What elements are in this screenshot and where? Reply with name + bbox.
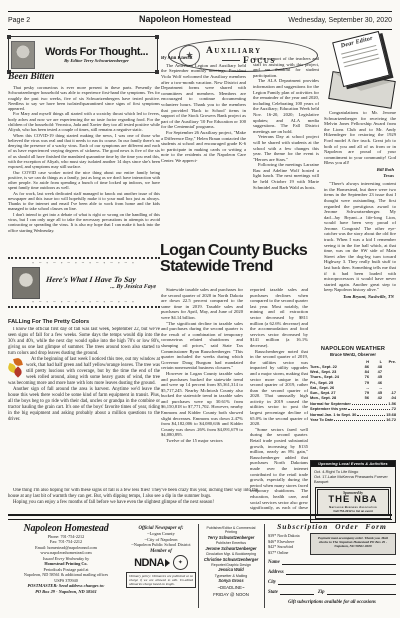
article-paragraph: Our COVID case worker noted the nice thi… (8, 170, 160, 191)
jessica-photo (12, 267, 40, 299)
sponsor-name: THE NBA (318, 495, 388, 505)
official-newspaper-block: Official Newspaper of: ~Logan County ~Ci… (126, 526, 196, 588)
article-paragraph: Hoping you can enjoy a few months of fal… (8, 500, 258, 506)
write-in-line (278, 584, 396, 585)
gift-note: Gift subscriptions available for all occ… (268, 600, 396, 605)
article-paragraph: "Some sectors fared well during the seco… (250, 427, 308, 511)
event-item: Oct. 17-Lake McKenna Pheasants Forever B… (314, 474, 392, 484)
state-zip-field: State Zip (268, 590, 396, 595)
article-paragraph: At the beginning of last week I noticed … (8, 357, 160, 387)
header-bottom-rule (8, 29, 392, 30)
staff-role: Circulation Mgr. & Bookkeeping (201, 552, 261, 556)
article-paragraph: Another sign of fall around the area is … (8, 387, 160, 423)
article-paragraph: When this COVID-19 thing started making … (8, 133, 160, 170)
falling-article: I know the official first day of fall wa… (8, 327, 160, 487)
article-paragraph: Statewide taxable sales and purchases fo… (161, 287, 243, 321)
article-paragraph: As for work, last week dedicated staff m… (8, 191, 160, 212)
logan-county-headline: Logan County Bucks Statewide Trend (160, 243, 322, 276)
article-paragraph: That pesky coronavirus is ever more pres… (8, 85, 160, 111)
been-bitten-article: That pesky coronavirus is ever more pres… (8, 85, 160, 255)
autumn-leaves-icon (8, 358, 24, 378)
article-paragraph: I don't intend to get into a debate of w… (8, 212, 160, 233)
deadline-value: FRIDAY @ NOON (201, 592, 261, 598)
letter-signature: Bill Roth Texas (324, 167, 394, 178)
column-byline: ... By Jessica Faye (46, 284, 157, 290)
article-paragraph: Rauschenberger noted that in the second … (250, 349, 308, 427)
write-in-line (280, 594, 314, 595)
staff-name: Jerome Schwartzenberger (201, 546, 261, 551)
vertical-divider (198, 524, 199, 608)
obituary-policy: Obituary policy: Obituaries are publishe… (126, 572, 196, 588)
payment-note: Payment must accompany order. Thank you.… (310, 533, 396, 555)
article-paragraph: ate the support of the teachers and staf… (253, 56, 319, 78)
auxiliary-label: Auxiliary (206, 46, 307, 56)
member-of-label: Member of (126, 549, 196, 554)
ndna-logo: NDNA (134, 557, 164, 569)
letter-text: "There's always interesting content in t… (324, 181, 396, 293)
article-paragraph: reported taxable sales and purchases dec… (250, 287, 308, 349)
weather-box: NAPOLEON WEATHER Bruce Wentz, Observer H… (310, 346, 396, 423)
write-in-line (286, 574, 396, 575)
masthead-line: Napoleon, ND 58561 & additional mailing … (8, 572, 124, 577)
staff-name: Christine Schwartzenberger (201, 557, 261, 562)
auxiliary-article-col1: By Ann Knecht The American Legion and Au… (161, 56, 246, 242)
masthead-title: Napoleon Homestead (8, 523, 124, 534)
corner-ornament (7, 35, 11, 39)
column-byline: By Editor Terry Schwartzenberger (38, 58, 155, 63)
write-in-line (282, 564, 396, 565)
postmaster-address: PO Box 29 - Napoleon, ND 58561 (8, 589, 124, 595)
subscription-form: Subscription Order Form $39* North Dakot… (268, 522, 396, 605)
official-item: ~Napoleon Public School District (126, 542, 196, 548)
letters-column: Congratulations to Mr. Jerome Schwartzen… (324, 110, 396, 342)
price-item: $37* Online (268, 550, 310, 556)
header-top-rule (8, 11, 392, 12)
staff-name: Jessica Wald (201, 567, 261, 572)
auxiliary-article-col2: ate the support of the teachers and staf… (253, 56, 319, 232)
falling-headline: FALLing For The Pretty Colors (8, 319, 89, 325)
staff-role: Publisher/Editor & Commercial Printing (201, 526, 261, 535)
page-header: Page 2 Napoleon Homestead Wednesday, Sep… (8, 14, 392, 24)
newspaper-page: Page 2 Napoleon Homestead Wednesday, Sep… (0, 0, 400, 618)
column-title: Here's What I Have To Say (46, 275, 157, 284)
article-paragraph: For September 26 Auxiliary project, "Mak… (161, 130, 246, 164)
words-for-thought-box: Words For Thought... By Editor Terry Sch… (8, 36, 158, 73)
price-list: $39* North Dakota $46* Elsewhere $42* Sn… (268, 533, 310, 555)
column-title: Words For Thought... (38, 46, 155, 58)
newspaper-title: Napoleon Homestead (98, 14, 272, 24)
masthead-divider (8, 514, 392, 520)
sponsor-phone: Call 754-2212 to list an event (318, 509, 388, 513)
article-byline: By Ann Knecht (161, 56, 246, 62)
article-paragraph: However in Logan County taxable sales an… (161, 371, 243, 438)
logan-article-col2: reported taxable sales and purchases dec… (250, 287, 308, 511)
article-paragraph: Twelve of the 15 major sectors (161, 438, 243, 444)
corner-ornament (155, 70, 159, 74)
flag-icon (165, 559, 170, 567)
write-in-line (327, 594, 396, 595)
article-paragraph: I know the official first day of fall wa… (8, 327, 160, 357)
article-paragraph: The American Legion and Auxiliary held t… (161, 63, 246, 130)
staff-block: Publisher/Editor & Commercial Printing T… (201, 526, 261, 598)
been-bitten-headline: Been Bitten (8, 72, 54, 82)
city-field: City (268, 580, 396, 585)
press-seal-icon: ✦ (173, 555, 188, 570)
page-number: Page 2 (8, 17, 98, 24)
corner-ornament (155, 35, 159, 39)
staff-name: Sonya Gross (201, 578, 261, 583)
article-paragraph: One thing I'm also hoping for with these… (8, 488, 258, 500)
issue-date: Wednesday, September 30, 2020 (272, 17, 392, 24)
name-field: Name (268, 560, 396, 565)
letter-signature: Tom Bryant, Nashville, TN (324, 294, 394, 300)
dear-editor-graphic: Dear Editor (328, 36, 396, 108)
decorative-border: ▫ ~ ▫ ~ ▫ ~ ▫ ~ ▫ ~ ▫ ~ ▫ ~ ▫ (8, 300, 160, 305)
article-paragraph: Following the meetings Larraine Rau and … (253, 162, 319, 190)
article-paragraph: Veterans Day at school project will be s… (253, 134, 319, 162)
masthead-block: Napoleon Homestead Phone: 701-754-2212 F… (8, 523, 124, 595)
jessica-column-box: ▫ ~ ▫ ~ ▫ ~ ▫ ~ ▫ ~ ▫ ~ ▫ ~ ▫ Here's Wha… (8, 257, 160, 308)
article-paragraph: For Mary and myself things all started w… (8, 111, 160, 132)
letter-text: Congratulations to Mr. Jerome Schwartzen… (324, 110, 396, 166)
subscription-title: Subscription Order Form (268, 522, 396, 531)
logan-article-col1: Statewide taxable sales and purchases fo… (161, 287, 243, 489)
falling-article-end: One thing I'm also hoping for with these… (8, 488, 258, 514)
staff-name: Terry Schwartzenberger (201, 535, 261, 540)
address-field: Address (268, 570, 396, 575)
vertical-divider (264, 524, 265, 608)
weather-observer: Bruce Wentz, Observer (310, 352, 396, 357)
article-paragraph: The ALA Department provides information … (253, 78, 319, 134)
article-paragraph: "The significant decline in taxable sale… (161, 321, 243, 371)
weather-summary-row: Year To Date16.72 (310, 417, 396, 422)
editor-photo (11, 41, 35, 69)
